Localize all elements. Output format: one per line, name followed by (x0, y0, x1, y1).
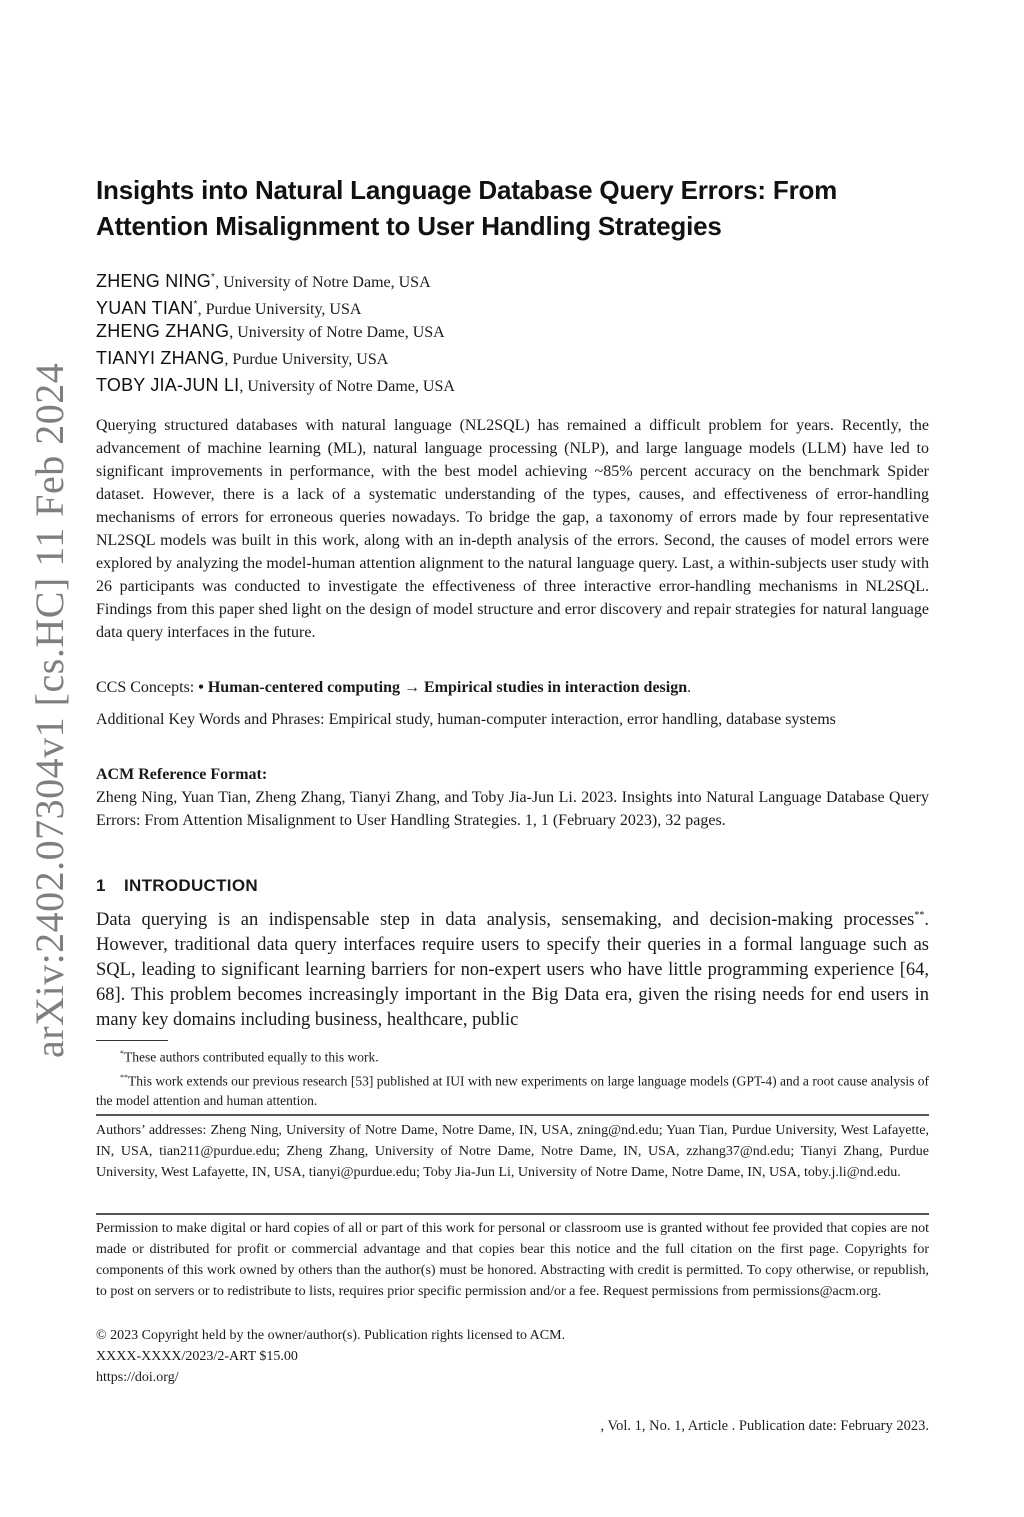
author-affiliation: , University of Notre Dame, USA (229, 324, 445, 341)
footnote: **This work extends our previous researc… (96, 1068, 929, 1112)
author-addresses: Authors’ addresses: Zheng Ning, Universi… (96, 1120, 929, 1183)
acm-reference-body: Zheng Ning, Yuan Tian, Zheng Zhang, Tian… (96, 786, 929, 832)
author-list: ZHENG NING*, University of Notre Dame, U… (96, 264, 455, 399)
ccs-bullet: • (198, 679, 208, 696)
permissions-notice: Permission to make digital or hard copie… (96, 1218, 929, 1302)
author-name: TIANYI ZHANG (96, 348, 224, 368)
keywords: Additional Key Words and Phrases: Empiri… (96, 708, 929, 731)
doi-link[interactable]: https://doi.org/ (96, 1367, 565, 1388)
section-number: 1 (96, 874, 124, 898)
addresses-divider (96, 1114, 929, 1116)
ccs-concepts: CCS Concepts: • Human-centered computing… (96, 676, 691, 699)
title-line-1: Insights into Natural Language Database … (96, 172, 936, 208)
author-affiliation: , Purdue University, USA (224, 351, 388, 368)
ccs-concept: Human-centered computing → Empirical stu… (208, 679, 687, 696)
copyright-line: © 2023 Copyright held by the owner/autho… (96, 1325, 565, 1346)
abstract: Querying structured databases with natur… (96, 414, 929, 644)
permissions-divider (96, 1213, 929, 1215)
arxiv-identifier-stamp: arXiv:2402.07304v1 [cs.HC] 11 Feb 2024 (28, 278, 72, 1058)
author-name: ZHENG ZHANG (96, 321, 229, 341)
section-heading-introduction: 1INTRODUCTION (96, 874, 258, 898)
author-entry: ZHENG ZHANG, University of Notre Dame, U… (96, 318, 455, 345)
footnote: *These authors contributed equally to th… (96, 1044, 929, 1068)
author-entry: ZHENG NING*, University of Notre Dame, U… (96, 264, 455, 291)
section-title: INTRODUCTION (124, 876, 258, 895)
author-name: YUAN TIAN* (96, 298, 198, 318)
author-affiliation: , Purdue University, USA (198, 301, 362, 318)
copyright-block: © 2023 Copyright held by the owner/autho… (96, 1325, 565, 1388)
isbn-price-line: XXXX-XXXX/2023/2-ART $15.00 (96, 1346, 565, 1367)
footnote-mark: ** (914, 910, 924, 921)
author-entry: YUAN TIAN*, Purdue University, USA (96, 291, 455, 318)
footnotes: *These authors contributed equally to th… (96, 1044, 929, 1111)
author-name: ZHENG NING* (96, 271, 215, 291)
author-name: TOBY JIA-JUN LI (96, 375, 239, 395)
author-affiliation: , University of Notre Dame, USA (239, 378, 455, 395)
acm-reference-heading: ACM Reference Format: (96, 763, 267, 786)
author-affiliation: , University of Notre Dame, USA (215, 274, 431, 291)
title-line-2: Attention Misalignment to User Handling … (96, 208, 936, 244)
introduction-paragraph: Data querying is an indispensable step i… (96, 903, 929, 1033)
page-footer: , Vol. 1, No. 1, Article . Publication d… (601, 1418, 930, 1435)
author-entry: TIANYI ZHANG, Purdue University, USA (96, 345, 455, 372)
footnote-divider (96, 1040, 168, 1041)
paper-title: Insights into Natural Language Database … (96, 172, 936, 244)
author-entry: TOBY JIA-JUN LI, University of Notre Dam… (96, 372, 455, 399)
